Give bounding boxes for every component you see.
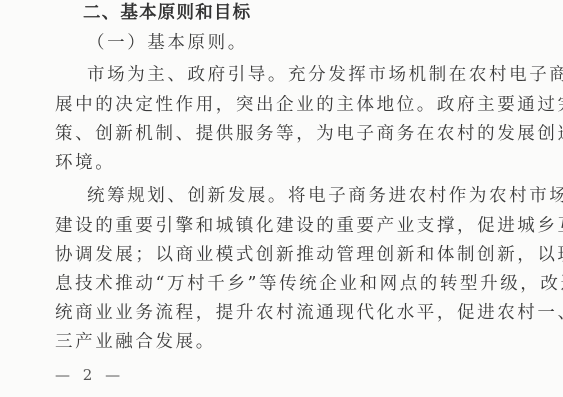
paragraph-line: 三产业融合发展。 (55, 331, 216, 353)
paragraph-line: 息技术推动“万村千乡”等传统企业和网点的转型升级，改造传 (55, 273, 563, 295)
paragraph-line: 策、创新机制、提供服务等，为电子商务在农村的发展创造良好 (55, 123, 563, 145)
paragraph-line: 统商业业务流程，提升农村流通现代化水平，促进农村一、二、 (55, 302, 563, 324)
paragraph-line: 统筹规划、创新发展。将电子商务进农村作为农村市场体系 (87, 185, 563, 207)
paragraph-line: 协调发展；以商业模式创新推动管理创新和体制创新，以现代信 (55, 244, 563, 266)
section-heading: 二、基本原则和目标 (83, 2, 251, 24)
paragraph-line: 市场为主、政府引导。充分发挥市场机制在农村电子商务发 (87, 64, 563, 86)
subsection-heading: （一）基本原则。 (87, 32, 248, 54)
paragraph-line: 展中的决定性作用，突出企业的主体地位。政府主要通过完善政 (55, 94, 563, 116)
paragraph-line: 建设的重要引擎和城镇化建设的重要产业支撑，促进城乡互补、 (55, 215, 563, 237)
page-number: — 2 — (55, 364, 124, 386)
paragraph-line: 环境。 (55, 152, 115, 174)
